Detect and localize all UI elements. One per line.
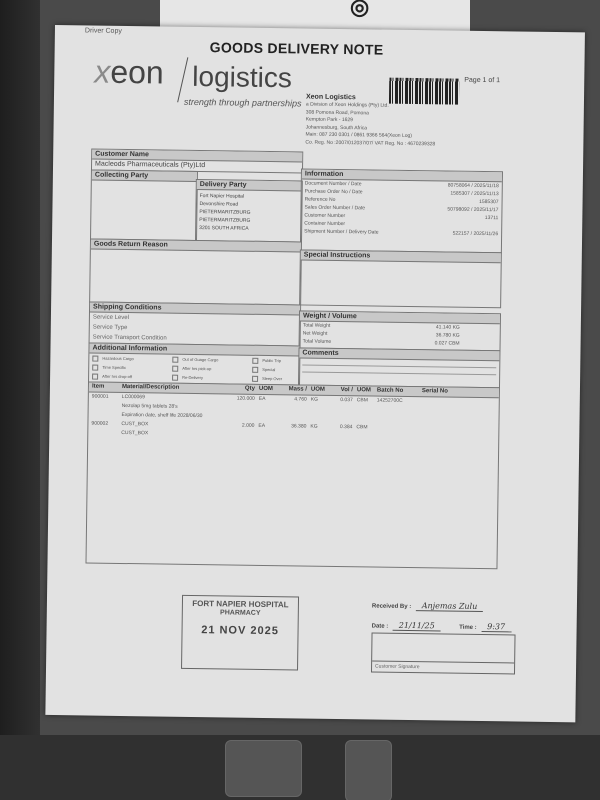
cell: 120.000	[217, 394, 255, 404]
weight-value: 0.027 CBM	[435, 339, 460, 347]
clip-part	[345, 740, 392, 800]
cell: EA	[254, 422, 278, 431]
delivery-party-section: Delivery Party Fort Napier Hospital Devo…	[195, 179, 303, 242]
checkbox[interactable]	[92, 356, 98, 362]
column-header: Material/Description	[122, 383, 217, 393]
logo-word: logistics	[192, 61, 292, 94]
checkbox[interactable]	[172, 357, 178, 363]
option-label: Public Trip	[262, 358, 302, 365]
cell: 0.037	[329, 396, 353, 405]
cell: 2.000	[216, 421, 254, 431]
option-label: Special	[262, 367, 302, 374]
cell	[92, 402, 122, 411]
additional-info-section: Additional Information Hazardous CargoOu…	[88, 342, 301, 385]
cell: 14252700C	[377, 397, 422, 407]
cell: CBM	[352, 423, 376, 432]
logo-tagline: strength through partnerships	[184, 97, 302, 109]
column-header: Item	[92, 383, 122, 392]
copy-label: Driver Copy	[85, 27, 122, 35]
checkbox[interactable]	[252, 367, 258, 373]
info-value: 522157 / 2025/11/26	[453, 230, 499, 239]
column-header: Qty	[217, 384, 255, 394]
delivery-address: Fort Napier Hospital Devonshire Road PIE…	[196, 190, 302, 235]
weight-label: Total Volume	[303, 337, 332, 345]
receipt-date-time: Date : 21/11/25 Time : 9:37	[372, 614, 512, 634]
receipt-time: 9:37	[481, 622, 511, 632]
info-value: 1585307 / 2025/11/13	[450, 190, 498, 199]
cell	[421, 424, 461, 434]
column-header: Mass /	[279, 385, 307, 394]
page-number: Page 1 of 1	[464, 77, 500, 84]
shipping-conditions-section: Shipping Conditions Service Level Servic…	[89, 302, 302, 347]
cell: CUST_BOX	[121, 429, 148, 438]
checkbox[interactable]	[172, 375, 178, 381]
option-label: Sleep Over	[262, 376, 302, 383]
option-label: Re-Delivery	[182, 375, 252, 382]
cell: 900002	[91, 420, 121, 429]
cell: 4.760	[279, 395, 307, 404]
option-label: After hrs drop-off	[102, 374, 172, 381]
received-by-value: Anjemas Zulu	[416, 601, 484, 612]
info-row: Shipment Number / Delivery Date522157 / …	[301, 227, 501, 238]
delivery-note-paper: Driver Copy GOODS DELIVERY NOTE xeon log…	[45, 25, 585, 722]
comments-section: Comments	[298, 347, 501, 388]
cell: 36.380	[278, 422, 306, 431]
clip-part	[225, 740, 302, 797]
column-header: UOM	[255, 385, 279, 394]
customer-signature-box: Customer Signature	[371, 632, 516, 674]
cell: 0.384	[328, 423, 352, 432]
weight-volume-section: Weight / Volume Total Weight41.140 KGNet…	[299, 310, 502, 351]
cell	[376, 424, 421, 434]
option-label: Time Specific	[102, 365, 172, 372]
company-logo: xeon	[94, 54, 164, 92]
checkbox[interactable]	[252, 358, 258, 364]
info-label: Shipment Number / Delivery Date	[304, 227, 379, 236]
cell	[422, 397, 462, 407]
cell	[91, 411, 121, 420]
cell	[91, 429, 121, 438]
info-value: 1585307	[479, 198, 499, 206]
column-header: UOM	[353, 386, 377, 395]
information-section: Information Document Number / Date807580…	[300, 168, 503, 253]
company-details: Xeon Logistics a Division of Xeon Holdin…	[305, 93, 436, 149]
checkbox[interactable]	[172, 366, 178, 372]
special-instructions-section: Special Instructions	[299, 249, 502, 308]
items-table: ItemMaterial/DescriptionQtyUOMMass /UOMV…	[85, 381, 500, 569]
cell: KG	[307, 396, 329, 405]
weight-row: Total Volume0.027 CBM	[300, 337, 500, 348]
document-title: GOODS DELIVERY NOTE	[210, 39, 384, 57]
receipt-date: 21/11/25	[393, 621, 441, 632]
column-header: Batch No	[377, 387, 422, 397]
cell: CBM	[353, 396, 377, 405]
stamp-date: 21 NOV 2025	[182, 624, 297, 638]
cell: KG	[306, 423, 328, 432]
logo-divider	[177, 57, 188, 102]
goods-return-section: Goods Return Reason	[89, 239, 302, 306]
collecting-party-section: Collecting Party	[90, 170, 198, 241]
column-header: Serial No	[422, 387, 462, 397]
option-label: Hazardous Cargo	[102, 356, 172, 363]
received-by: Received By : Anjemas Zulu	[372, 594, 484, 614]
info-value: 13711	[485, 214, 499, 222]
column-header: UOM	[307, 386, 329, 395]
checkbox[interactable]	[252, 376, 258, 382]
checkbox[interactable]	[92, 365, 98, 371]
pharmacy-stamp: FORT NAPIER HOSPITAL PHARMACY 21 NOV 202…	[181, 595, 299, 671]
spiral-logo-icon: ◎	[350, 0, 369, 20]
option-label: Out of Guage Cargo	[182, 357, 252, 364]
info-value: 50798092 / 2025/11/17	[447, 205, 498, 214]
column-header: Vol /	[329, 386, 353, 395]
checkbox[interactable]	[92, 374, 98, 380]
cell: EA	[255, 395, 279, 404]
option-label: After hrs pick-up	[182, 366, 252, 373]
cell: 900001	[92, 393, 122, 402]
